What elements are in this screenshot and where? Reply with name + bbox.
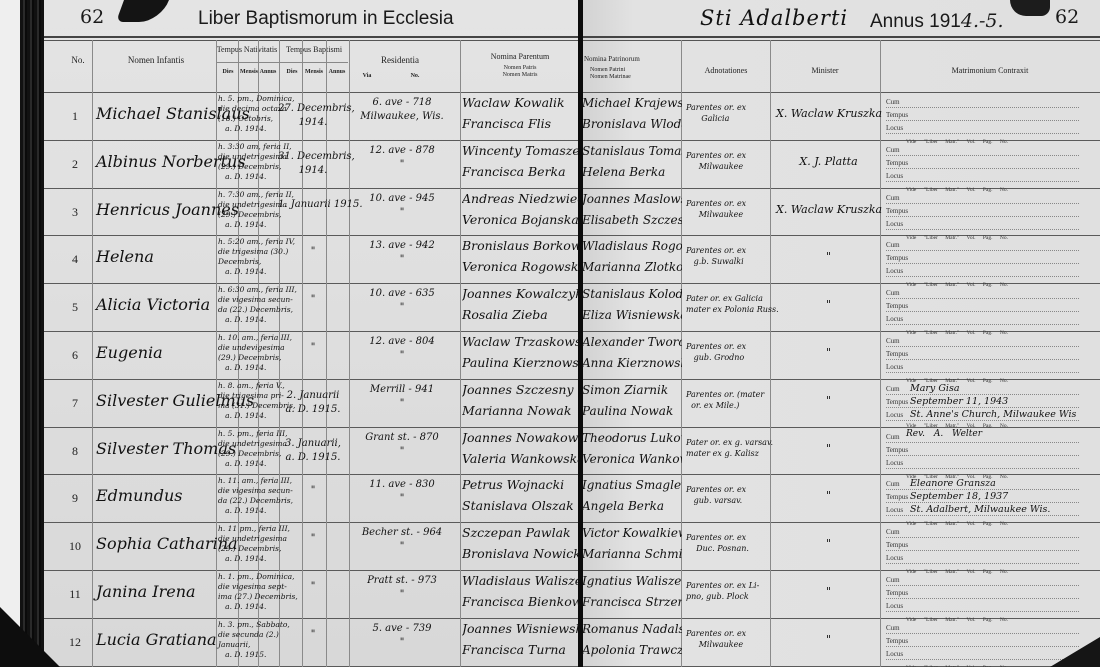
mother-name: Francisca Bienkowska [462, 594, 580, 609]
residence: 12. ave - 804 " [352, 335, 452, 363]
godfather-name: Joannes Maslowski [582, 192, 682, 206]
marriage-cum-line: Cum [886, 430, 1079, 443]
marriage-locus-line: Locus [886, 264, 1079, 277]
marriage-block: Cum Tempus Locus Vide "Liber Matr." Vol.… [886, 191, 1091, 242]
cum-label: Cum [886, 146, 900, 154]
tempus-label: Tempus [886, 207, 908, 215]
register-title: Liber Baptismorum in Ecclesia [198, 8, 454, 30]
father-name: Petrus Wojnacki [462, 477, 580, 492]
marriage-tempus-line: Tempus [886, 347, 1079, 360]
marriage-tempus-line: Tempus [886, 538, 1079, 551]
marriage-cum-line: Cum [886, 238, 1079, 251]
entry-number: 10 [60, 539, 90, 554]
infant-name: Edmundus [96, 486, 182, 505]
father-name: Andreas Niedzwiecki [462, 191, 580, 206]
infant-name: Eugenia [96, 343, 163, 362]
entry-number: 6 [60, 348, 90, 363]
godmother-name: Francisca Strzemowska [582, 595, 682, 609]
godmother-name: Anna Kierznowska [582, 356, 682, 370]
col-no: No. [60, 55, 96, 65]
marriage-tempus-line: TempusSeptember 18, 1937 [886, 490, 1079, 503]
mother-name: Valeria Wankowska [462, 451, 580, 466]
marriage-date: September 11, 1943 [910, 396, 1008, 407]
annus-printed: Annus 191 [870, 11, 961, 32]
minister-name: " [776, 537, 881, 550]
godfather-name: Romanus Nadalski [582, 622, 682, 636]
marriage-block: Cum Tempus Locus Vide "Liber Matr." Vol.… [886, 95, 1091, 146]
locus-label: Locus [886, 172, 903, 180]
grid-line [460, 40, 461, 667]
locus-label: Locus [886, 315, 903, 323]
residence: Merrill - 941 " [352, 383, 452, 411]
grid-line [770, 40, 771, 667]
book-binding-edge [20, 0, 44, 667]
locus-label: Locus [886, 267, 903, 275]
marriage-locus-line: Locus [886, 121, 1079, 134]
col-birth-annus: Annus [258, 69, 278, 75]
locus-label: Locus [886, 554, 903, 562]
tempus-label: Tempus [886, 159, 908, 167]
grid-line [681, 40, 682, 667]
tempus-label: Tempus [886, 254, 908, 262]
col-parents: Nomina Parentum [460, 52, 580, 61]
grid-line [44, 379, 578, 380]
entry-number: 8 [60, 444, 90, 459]
baptism-date: 31. Decembris, 1914. [278, 150, 348, 178]
infant-name: Helena [96, 247, 154, 266]
baptism-date: 2. Januarii a. D. 1915. [278, 389, 348, 417]
annus-label: Annus 1914.-5. [870, 10, 1004, 33]
col-baptism-mensis: Mensis [302, 69, 326, 75]
marriage-date: September 18, 1937 [910, 491, 1008, 502]
minister-name: " [776, 394, 881, 407]
minister-name: " [776, 633, 881, 646]
marriage-tempus-line: Tempus [886, 108, 1079, 121]
col-godparents-godfather: Nomen Patrini [590, 67, 650, 73]
annotations: Parentes or. ex Milwaukee [686, 628, 746, 650]
mother-name: Veronica Bojanska [462, 212, 580, 227]
infant-name: Alicia Victoria [96, 295, 210, 314]
godmother-name: Paulina Nowak [582, 404, 682, 418]
baptism-date: " [278, 580, 348, 594]
father-name: Bronislaus Borkowski [462, 238, 580, 253]
annotations: Parentes or. ex gub. Grodno [686, 341, 746, 363]
entry-number: 3 [60, 205, 90, 220]
annotations: Pater or. ex g. varsav. mater ex g. Kali… [686, 437, 773, 459]
godfather-name: Michael Krajewski [582, 96, 682, 110]
residence: Grant st. - 870 " [352, 431, 452, 459]
father-name: Joannes Szczesny [462, 382, 580, 397]
residence: 6. ave - 718 Milwaukee, Wis. [352, 96, 452, 124]
tempus-label: Tempus [886, 637, 908, 645]
baptism-date: " [278, 341, 348, 355]
grid-line [44, 283, 578, 284]
tempus-label: Tempus [886, 589, 908, 597]
grid-line [216, 62, 348, 63]
entry-number: 9 [60, 491, 90, 506]
godfather-name: Simon Ziarnik [582, 383, 682, 397]
godmother-name: Marianna Schmidt [582, 547, 682, 561]
locus-label: Locus [886, 124, 903, 132]
minister-name: X. J. Platta [776, 155, 881, 168]
col-residence: Residentia [350, 55, 450, 65]
col-godparents-godmother: Nomen Matrinae [590, 74, 650, 80]
entry-number: 12 [60, 635, 90, 650]
grid-line [583, 40, 1100, 41]
annotations: Parentes or. ex Milwaukee [686, 150, 746, 172]
cum-label: Cum [886, 98, 900, 106]
parish-name: Sti Adalberti [700, 6, 848, 30]
marriage-block: Cum Tempus Locus Vide "Liber Matr." Vol.… [886, 430, 1091, 481]
cum-label: Cum [886, 289, 900, 297]
minister-name: X. Waclaw Kruszka [776, 203, 881, 216]
annotations: Parentes or. ex Li- pno, gub. Plock [686, 580, 759, 602]
locus-label: Locus [886, 459, 903, 467]
baptism-date: 27. Decembris, 1914. [278, 102, 348, 130]
locus-label: Locus [886, 602, 903, 610]
col-marriage: Matrimonium Contraxit [880, 66, 1100, 75]
baptism-date: 3. Januarii, a. D. 1915. [278, 437, 348, 465]
annotations: Parentes or. (mater or. ex Mile.) [686, 389, 764, 411]
minister-name: X. Waclaw Kruszka [776, 107, 881, 120]
father-name: Wladislaus Waliszewski [462, 573, 580, 588]
father-name: Waclaw Kowalik [462, 95, 580, 110]
col-infant: Nomen Infantis [96, 55, 216, 65]
godmother-name: Veronica Wankowska [582, 452, 682, 466]
col-godparents: Nomina Patrinorum [584, 55, 644, 63]
marriage-tempus-line: Tempus [886, 443, 1079, 456]
father-name: Joannes Nowakowski [462, 430, 580, 445]
corner-shadow-left [0, 607, 60, 667]
baptism-date: 1. Januarii 1915. [278, 198, 348, 212]
marriage-place: St. Anne's Church, Milwaukee Wis [910, 409, 1076, 420]
tempus-label: Tempus [886, 350, 908, 358]
minister-name: " [776, 250, 881, 263]
col-residence-via: Via [352, 73, 382, 79]
marriage-cum-line: CumMary Gisa [886, 382, 1079, 395]
grid-line [349, 40, 350, 667]
cum-label: Cum [886, 528, 900, 536]
col-birth-dies: Dies [218, 69, 238, 75]
tempus-label: Tempus [886, 111, 908, 119]
page-number-right: 62 [1055, 6, 1079, 28]
marriage-locus-line: Locus [886, 599, 1079, 612]
godfather-name: Theodorus Lukowski [582, 431, 682, 445]
entry-number: 2 [60, 157, 90, 172]
infant-name: Silvester Thomas [96, 439, 236, 458]
mother-name: Francisca Flis [462, 116, 580, 131]
residence: 10. ave - 945 " [352, 192, 452, 220]
marriage-block: Cum Tempus Locus Vide "Liber Matr." Vol.… [886, 143, 1091, 194]
godmother-name: Angela Berka [582, 499, 682, 513]
godmother-name: Eliza Wisniewska [582, 308, 682, 322]
tempus-label: Tempus [886, 493, 908, 501]
grid-line [44, 331, 578, 332]
godmother-name: Bronislava Wlodarczyk [582, 117, 682, 131]
marriage-locus-line: Locus [886, 456, 1079, 469]
marriage-tempus-line: TempusSeptember 11, 1943 [886, 395, 1079, 408]
top-rule-left [44, 36, 578, 38]
marriage-spouse: Eleanore Gransza [910, 478, 996, 489]
marriage-block: Cum Tempus Locus Vide "Liber Matr." Vol.… [886, 525, 1091, 576]
cum-label: Cum [886, 480, 900, 488]
grid-line [44, 522, 578, 523]
entry-number: 5 [60, 300, 90, 315]
father-name: Szczepan Pawlak [462, 525, 580, 540]
marriage-tempus-line: Tempus [886, 156, 1079, 169]
annotations: Parentes or. ex g.b. Suwalki [686, 245, 746, 267]
godfather-name: Ignatius Waliszewski [582, 574, 682, 588]
mother-name: Marianna Nowak [462, 403, 580, 418]
infant-name: Janina Irena [96, 582, 196, 601]
infant-name: Lucia Gratiana [96, 630, 217, 649]
residence: 11. ave - 830 " [352, 478, 452, 506]
page-number-left: 62 [80, 6, 104, 28]
godmother-name: Elisabeth Szczesna [582, 213, 682, 227]
cum-label: Cum [886, 337, 900, 345]
godfather-name: Ignatius Smaglewicz [582, 478, 682, 492]
residence: Pratt st. - 973 " [352, 574, 452, 602]
col-birth-mensis: Mensis [238, 69, 260, 75]
marriage-cum-line: Cum [886, 334, 1079, 347]
marriage-cum-line: CumEleanore Gransza [886, 477, 1079, 490]
baptism-date: " [278, 628, 348, 642]
marriage-cum-line: Cum [886, 525, 1079, 538]
cum-label: Cum [886, 624, 900, 632]
grid-line [44, 188, 578, 189]
godmother-name: Helena Berka [582, 165, 682, 179]
marriage-cum-line: Cum [886, 573, 1079, 586]
grid-line [44, 140, 578, 141]
marriage-block: Cum Tempus Locus Vide "Liber Matr." Vol.… [886, 573, 1091, 624]
minister-name: " [776, 442, 881, 455]
marriage-block: Cum Tempus Locus Vide "Liber Matr." Vol.… [886, 334, 1091, 385]
tempus-label: Tempus [886, 541, 908, 549]
marriage-block: Cum Tempus Locus Vide "Liber Matr." Vol.… [886, 286, 1091, 337]
father-name: Waclaw Trzaskowski [462, 334, 580, 349]
grid-line [44, 235, 578, 236]
grid-line [44, 474, 578, 475]
godmother-name: Marianna Zlotkowska [582, 260, 682, 274]
minister-name: " [776, 489, 881, 502]
marriage-cum-line: Cum [886, 621, 1079, 634]
entry-number: 4 [60, 252, 90, 267]
locus-label: Locus [886, 506, 903, 514]
locus-label: Locus [886, 411, 903, 419]
marriage-tempus-line: Tempus [886, 251, 1079, 264]
marriage-locus-line: Locus [886, 360, 1079, 373]
cum-label: Cum [886, 433, 900, 441]
grid-line [216, 40, 217, 667]
residence: Becher st. - 964 " [352, 526, 452, 554]
entry-number: 1 [60, 109, 90, 124]
grid-line [92, 40, 93, 667]
cum-label: Cum [886, 194, 900, 202]
left-margin [0, 0, 22, 667]
col-baptism: Tempus Baptismi [280, 45, 348, 54]
marriage-tempus-line: Tempus [886, 299, 1079, 312]
annus-handwritten: 4.-5. [961, 10, 1004, 32]
cum-label: Cum [886, 241, 900, 249]
marriage-locus-line: LocusSt. Adalbert, Milwaukee Wis. [886, 503, 1079, 516]
annotations: Parentes or. ex gub. varsav. [686, 484, 746, 506]
mother-name: Bronislava Nowicka [462, 546, 580, 561]
marriage-block: CumEleanore Gransza TempusSeptember 18, … [886, 477, 1091, 528]
residence: 13. ave - 942 " [352, 239, 452, 267]
corner-shadow-right [1050, 637, 1100, 667]
tempus-label: Tempus [886, 398, 908, 406]
annotations: Parentes or. ex Galicia [686, 102, 746, 124]
locus-label: Locus [886, 363, 903, 371]
tempus-label: Tempus [886, 446, 908, 454]
marriage-locus-line: Locus [886, 551, 1079, 564]
mother-name: Stanislava Olszak [462, 498, 580, 513]
col-minister: Minister [770, 66, 880, 75]
minister-name: " [776, 298, 881, 311]
residence: 12. ave - 878 " [352, 144, 452, 172]
baptism-date: " [278, 484, 348, 498]
baptism-date: " [278, 293, 348, 307]
mother-name: Francisca Berka [462, 164, 580, 179]
godfather-name: Stanislaus Tomaszewski [582, 144, 682, 158]
marriage-tempus-line: Tempus [886, 586, 1079, 599]
col-parents-mother: Nomen Matris [460, 72, 580, 78]
minister-name: " [776, 585, 881, 598]
mother-name: Paulina Kierznowska [462, 355, 580, 370]
locus-label: Locus [886, 650, 903, 658]
marriage-cum-line: Cum [886, 286, 1079, 299]
annotations: Pater or. ex Galicia mater ex Polonia Ru… [686, 293, 779, 315]
annotations: Parentes or. ex Duc. Posnan. [686, 532, 749, 554]
infant-name: Sophia Catharina [96, 534, 238, 553]
marriage-cum-line: Cum [886, 95, 1079, 108]
father-name: Joannes Wisniewski [462, 621, 580, 636]
tempus-label: Tempus [886, 302, 908, 310]
marriage-spouse: Mary Gisa [910, 383, 960, 394]
top-rule-right [583, 36, 1100, 38]
marriage-locus-line: Locus [886, 169, 1079, 182]
residence: 5. ave - 739 " [352, 622, 452, 650]
godfather-name: Alexander Tworowski [582, 335, 682, 349]
godfather-name: Victor Kowalkiewicz [582, 526, 682, 540]
col-annotations: Adnotationes [681, 66, 771, 75]
marriage-place: St. Adalbert, Milwaukee Wis. [910, 504, 1050, 515]
marriage-block: Cum Tempus Locus Vide "Liber Matr." Vol.… [886, 238, 1091, 289]
grid-line [44, 570, 578, 571]
col-baptism-dies: Dies [282, 69, 302, 75]
cum-label: Cum [886, 385, 900, 393]
baptism-date: " [278, 245, 348, 259]
marriage-locus-line: Locus [886, 217, 1079, 230]
col-residence-no: No. [400, 73, 430, 79]
godfather-name: Stanislaus Kolodziej [582, 287, 682, 301]
marriage-locus-line: LocusSt. Anne's Church, Milwaukee Wis [886, 408, 1079, 421]
col-parents-father: Nomen Patris [460, 65, 580, 71]
mother-name: Rosalia Zieba [462, 307, 580, 322]
marriage-cum-line: Cum [886, 143, 1079, 156]
entry-number: 7 [60, 396, 90, 411]
father-name: Wincenty Tomaszewski [462, 143, 580, 158]
col-baptism-annus: Annus [326, 69, 348, 75]
minister-name: " [776, 346, 881, 359]
marriage-tempus-line: Tempus [886, 204, 1079, 217]
grid-line [44, 427, 578, 428]
marriage-cum-line: Cum [886, 191, 1079, 204]
grid-line [44, 618, 578, 619]
grid-line [583, 92, 1100, 93]
mother-name: Veronica Rogowska [462, 259, 580, 274]
locus-label: Locus [886, 220, 903, 228]
col-birth: Tempus Nativitatis [216, 45, 278, 54]
marriage-locus-line: Locus [886, 312, 1079, 325]
godfather-name: Wladislaus Rogowski [582, 239, 682, 253]
residence: 10. ave - 635 " [352, 287, 452, 315]
entry-number: 11 [60, 587, 90, 602]
grid-line [44, 92, 578, 93]
godmother-name: Apolonia Trawczynska [582, 643, 682, 657]
cum-label: Cum [886, 576, 900, 584]
annotations: Parentes or. ex Milwaukee [686, 198, 746, 220]
baptism-date: " [278, 532, 348, 546]
mother-name: Francisca Turna [462, 642, 580, 657]
grid-line [44, 40, 578, 41]
father-name: Joannes Kowalczyk [462, 286, 580, 301]
